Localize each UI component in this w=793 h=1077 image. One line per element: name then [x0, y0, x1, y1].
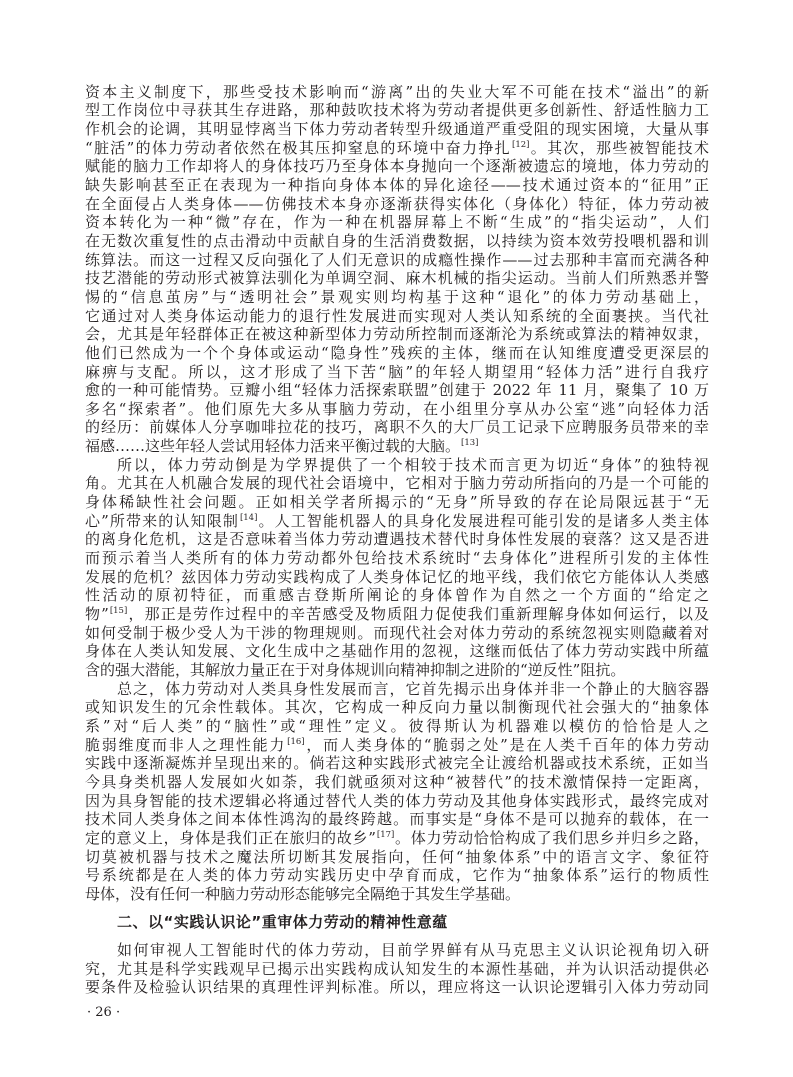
- text-run: 赋能的脑力工作却将人的身体技巧乃至身体本身抛向一个逐渐被遗忘的境地，体力劳动的: [85, 157, 709, 175]
- text-run: 它通过对人类身体运动能力的退行性发展进而实现对人类认知系统的全面裹挟。当代社: [85, 307, 709, 325]
- text-run: 在无数次重复性的点击滑动中贡献自身的生活消费数据，以持续为资本效劳投喂机器和训: [85, 232, 709, 250]
- paragraph: 所以，体力劳动倒是为学界提供了一个相较于技术而言更为切近“身体”的独特视角。尤其…: [85, 456, 709, 680]
- text-run: 身体在人类认知发展、文化生成中之基础作用的忽视，这继而低估了体力劳动实践中所蕴: [85, 642, 709, 660]
- text-line: 它通过对人类身体运动能力的退行性发展进而实现对人类认知系统的全面裹挟。当代社: [85, 307, 709, 326]
- text-line: 在全面侵占人类身体——仿佛技术本身亦逐渐获得实体化（身体化）特征，体力劳动被: [85, 195, 709, 214]
- text-run: 切莫被机器与技术之魔法所切断其发展指向，任何“抽象体系”中的语言文字、象征符: [85, 848, 709, 866]
- paragraph: 如何审视人工智能时代的体力劳动，目前学界鲜有从马克思主义认识论视角切入研究，尤其…: [85, 941, 709, 997]
- text-run: 而预示着当人类所有的体力劳动都外包给技术系统时“去身体化”进程所引发的主体性: [85, 549, 709, 567]
- text-line: 福感……这些年轻人尝试用轻体力活来平衡过载的大脑。[13]: [85, 437, 709, 456]
- text-line: 赋能的脑力工作却将人的身体技巧乃至身体本身抛向一个逐渐被遗忘的境地，体力劳动的: [85, 157, 709, 176]
- text-run: 缺失影响甚至正在表现为一种指向身体本体的异化途径——技术通过资本的“征用”正: [85, 176, 709, 194]
- text-run: 系”对“后人类”的“脑性”或“理性”定义。彼得斯认为机器难以模仿的恰恰是人之: [85, 717, 709, 735]
- text-run: 或知识发生的冗余性载体。其次，它构成一种反向力量以制衡现代社会强大的“抽象体: [85, 698, 709, 716]
- text-line: 因为具身智能的技术逻辑必将通过替代人类的体力劳动及其他身体实践形式，最终完成对: [85, 792, 709, 811]
- text-run: 身体稀缺性社会问题。正如相关学者所揭示的“无身”所导致的存在论局限远甚于“无: [85, 493, 709, 511]
- text-line: 资本转化为一种“微”存在，作为一种在机器屏幕上不断“生成”的“指尖运动”，人们: [85, 213, 709, 232]
- text-run: 的经历：前媒体人分享咖啡拉花的技巧，离职不久的大厂员工记录下应聘服务员带来的幸: [85, 418, 709, 436]
- text-line: 所以，体力劳动倒是为学界提供了一个相较于技术而言更为切近“身体”的独特视: [85, 456, 709, 475]
- text-run: 如何受制于极少受人为干涉的物理规则。而现代社会对体力劳动的系统忽视实则隐藏着对: [85, 624, 709, 642]
- text-line: 技术同人类身体之间本体性鸿沟的最终跨越。而事实是“身体不是可以抛弃的载体，在一: [85, 810, 709, 829]
- citation-ref: [16]: [286, 737, 304, 747]
- text-line: 多名“探索者”。他们原先大多从事脑力劳动，在小组里分享从办公室“逃”向轻体力活: [85, 400, 709, 419]
- text-run: 要条件及检验认识结果的真理性评判标准。所以，理应将这一认识论逻辑引入体力劳动同: [85, 978, 709, 996]
- text-line: 缺失影响甚至正在表现为一种指向身体本体的异化途径——技术通过资本的“征用”正: [85, 176, 709, 195]
- text-line: 型工作岗位中寻获其生存进路，那种鼓吹技术将为劳动者提供更多创新性、舒适性脑力工: [85, 101, 709, 120]
- text-line: 的经历：前媒体人分享咖啡拉花的技巧，离职不久的大厂员工记录下应聘服务员带来的幸: [85, 418, 709, 437]
- text-run: 。人工智能机器人的具身化发展进程可能引发的是诸多人类主体: [257, 512, 709, 530]
- text-line: 或知识发生的冗余性载体。其次，它构成一种反向力量以制衡现代社会强大的“抽象体: [85, 698, 709, 717]
- text-line: 在无数次重复性的点击滑动中贡献自身的生活消费数据，以持续为资本效劳投喂机器和训: [85, 232, 709, 251]
- text-run: 心”所带来的认知限制: [85, 512, 239, 530]
- text-line: 定的意义上，身体是我们正在旅归的故乡”[17]。体力劳动恰恰构成了我们思乡并归乡…: [85, 829, 709, 848]
- text-line: 要条件及检验认识结果的真理性评判标准。所以，理应将这一认识论逻辑引入体力劳动同: [85, 978, 709, 997]
- text-run: 练算法。而这一过程又反向强化了人们无意识的成瘾性操作——过去那种丰富而充满各种: [85, 251, 709, 269]
- text-run: 总之，体力劳动对人类具身性发展而言，它首先揭示出身体并非一个静止的大脑容器: [117, 680, 709, 698]
- citation-ref: [12]: [511, 140, 529, 150]
- text-run: “脏活”的体力劳动者依然在极其压抑窒息的环境中奋力挣扎: [85, 139, 511, 157]
- text-line: 惕的“信息茧房”与“透明社会”景观实则均构基于这种“退化”的体力劳动基础上，: [85, 288, 709, 307]
- text-line: 性活动的原初特征，而重感吉登斯所阐论的身体曾作为自然之一个方面的“给定之: [85, 586, 709, 605]
- text-line: 如何审视人工智能时代的体力劳动，目前学界鲜有从马克思主义认识论视角切入研: [85, 941, 709, 960]
- text-run: 。其次，那些被智能技术: [529, 139, 709, 157]
- text-run: 定的意义上，身体是我们正在旅归的故乡”: [85, 829, 376, 847]
- text-run: 脆弱维度而非人之理性能力: [85, 736, 286, 754]
- text-line: 麻痹与支配。所以，这才形成了当下苦“脑”的年轻人期望用“轻体力活”进行自我疗: [85, 363, 709, 382]
- text-run: 今具身类机器人发展如火如荼，我们就亟须对这种“被替代”的技术激情保持一定距离，: [85, 773, 709, 791]
- text-line: 资本主义制度下，那些受技术影响而“游离”出的失业大军不可能在技术“溢出”的新: [85, 83, 709, 102]
- text-line: 总之，体力劳动对人类具身性发展而言，它首先揭示出身体并非一个静止的大脑容器: [85, 680, 709, 699]
- text-line: 愈的一种可能情势。豆瓣小组“轻体力活探索联盟”创建于 2022 年 11 月，聚…: [85, 381, 709, 400]
- text-run: 所以，体力劳动倒是为学界提供了一个相较于技术而言更为切近“身体”的独特视: [117, 456, 709, 474]
- text-line: 心”所带来的认知限制[14]。人工智能机器人的具身化发展进程可能引发的是诸多人类…: [85, 512, 709, 531]
- text-run: 麻痹与支配。所以，这才形成了当下苦“脑”的年轻人期望用“轻体力活”进行自我疗: [85, 363, 709, 381]
- text-line: 究，尤其是科学实践观早已揭示出实践构成认知发生的本源性基础，并为认识活动提供必: [85, 960, 709, 979]
- text-line: 技艺潜能的劳动形式被算法驯化为单调空洞、麻木机械的指尖运动。当前人们所熟悉并警: [85, 269, 709, 288]
- text-run: 技术同人类身体之间本体性鸿沟的最终跨越。而事实是“身体不是可以抛弃的载体，在一: [85, 810, 709, 828]
- text-run: 惕的“信息茧房”与“透明社会”景观实则均构基于这种“退化”的体力劳动基础上，: [85, 288, 709, 306]
- text-run: 角。尤其在人机融合发展的现代社会语境中，它相对于脑力劳动所指向的乃是一个可能的: [85, 474, 709, 492]
- text-line: 母体，没有任何一种脑力劳动形态能够完全隔绝于其发生学基础。: [85, 885, 709, 904]
- text-line: 作机会的论调，其明显悖离当下体力劳动者转型升级通道严重受阻的现实困境，大量从事: [85, 120, 709, 139]
- document-page: 资本主义制度下，那些受技术影响而“游离”出的失业大军不可能在技术“溢出”的新型工…: [0, 0, 793, 1077]
- text-run: 多名“探索者”。他们原先大多从事脑力劳动，在小组里分享从办公室“逃”向轻体力活: [85, 400, 709, 418]
- text-run: 发展的危机？兹因体力劳动实践构成了人类身体记忆的地平线，我们依它方能体认人类感: [85, 568, 709, 586]
- citation-ref: [13]: [460, 438, 478, 448]
- text-run: ，那正是劳作过程中的辛苦感受及物质阻力促使我们重新理解身体如何运行，以及: [127, 605, 709, 623]
- text-line: 系”对“后人类”的“脑性”或“理性”定义。彼得斯认为机器难以模仿的恰恰是人之: [85, 717, 709, 736]
- text-line: 他们已然成为一个个身体或运动“隐身性”残疾的主体，继而在认知维度遭受更深层的: [85, 344, 709, 363]
- text-run: 含的强大潜能，其解放力量正在于对身体规训向精神抑制之进阶的“逆反性”阻抗。: [85, 661, 625, 679]
- text-line: 的离身化危机，这是否意味着当体力劳动遭遇技术替代时身体性发展的衰落？这又是否进: [85, 530, 709, 549]
- text-run: 母体，没有任何一种脑力劳动形态能够完全隔绝于其发生学基础。: [85, 885, 520, 903]
- text-line: 切莫被机器与技术之魔法所切断其发展指向，任何“抽象体系”中的语言文字、象征符: [85, 848, 709, 867]
- citation-ref: [15]: [109, 606, 127, 616]
- text-line: 角。尤其在人机融合发展的现代社会语境中，它相对于脑力劳动所指向的乃是一个可能的: [85, 474, 709, 493]
- text-line: 会，尤其是年轻群体正在被这种新型体力劳动所控制而逐渐沦为系统或算法的精神奴隶，: [85, 325, 709, 344]
- text-run: 因为具身智能的技术逻辑必将通过替代人类的体力劳动及其他身体实践形式，最终完成对: [85, 792, 709, 810]
- text-run: 号系统都是在人类的体力劳动实践历史中孕育而成，它作为“抽象体系”运行的物质性: [85, 866, 709, 884]
- text-run: 资本主义制度下，那些受技术影响而“游离”出的失业大军不可能在技术“溢出”的新: [85, 83, 709, 101]
- text-run: 他们已然成为一个个身体或运动“隐身性”残疾的主体，继而在认知维度遭受更深层的: [85, 344, 709, 362]
- text-run: 资本转化为一种“微”存在，作为一种在机器屏幕上不断“生成”的“指尖运动”，人们: [85, 213, 709, 231]
- text-line: 身体在人类认知发展、文化生成中之基础作用的忽视，这继而低估了体力劳动实践中所蕴: [85, 642, 709, 661]
- text-line: 号系统都是在人类的体力劳动实践历史中孕育而成，它作为“抽象体系”运行的物质性: [85, 866, 709, 885]
- text-line: 如何受制于极少受人为干涉的物理规则。而现代社会对体力劳动的系统忽视实则隐藏着对: [85, 624, 709, 643]
- article-body: 资本主义制度下，那些受技术影响而“游离”出的失业大军不可能在技术“溢出”的新型工…: [85, 83, 709, 997]
- text-line: 身体稀缺性社会问题。正如相关学者所揭示的“无身”所导致的存在论局限远甚于“无: [85, 493, 709, 512]
- text-line: 物”[15]，那正是劳作过程中的辛苦感受及物质阻力促使我们重新理解身体如何运行，…: [85, 605, 709, 624]
- paragraph: 总之，体力劳动对人类具身性发展而言，它首先揭示出身体并非一个静止的大脑容器或知识…: [85, 680, 709, 904]
- text-run: 技艺潜能的劳动形式被算法驯化为单调空洞、麻木机械的指尖运动。当前人们所熟悉并警: [85, 269, 709, 287]
- citation-ref: [17]: [376, 830, 394, 840]
- text-line: 实践中逐渐凝炼并呈现出来的。倘若这种实践形式被完全让渡给机器或技术系统，正如当: [85, 754, 709, 773]
- text-run: ，而人类身体的“脆弱之处”是在人类千百年的体力劳动: [305, 736, 709, 754]
- text-line: 脆弱维度而非人之理性能力[16]，而人类身体的“脆弱之处”是在人类千百年的体力劳…: [85, 736, 709, 755]
- text-run: 的离身化危机，这是否意味着当体力劳动遭遇技术替代时身体性发展的衰落？这又是否进: [85, 530, 709, 548]
- text-run: 物”: [85, 605, 109, 623]
- text-line: 含的强大潜能，其解放力量正在于对身体规训向精神抑制之进阶的“逆反性”阻抗。: [85, 661, 709, 680]
- text-run: 究，尤其是科学实践观早已揭示出实践构成认知发生的本源性基础，并为认识活动提供必: [85, 960, 709, 978]
- text-run: 性活动的原初特征，而重感吉登斯所阐论的身体曾作为自然之一个方面的“给定之: [85, 586, 709, 604]
- text-run: 在全面侵占人类身体——仿佛技术本身亦逐渐获得实体化（身体化）特征，体力劳动被: [85, 195, 709, 213]
- text-line: 发展的危机？兹因体力劳动实践构成了人类身体记忆的地平线，我们依它方能体认人类感: [85, 568, 709, 587]
- text-run: 。体力劳动恰恰构成了我们思乡并归乡之路，: [394, 829, 709, 847]
- text-line: “脏活”的体力劳动者依然在极其压抑窒息的环境中奋力挣扎[12]。其次，那些被智能…: [85, 139, 709, 158]
- page-number: · 26 ·: [87, 1005, 120, 1021]
- text-run: 会，尤其是年轻群体正在被这种新型体力劳动所控制而逐渐沦为系统或算法的精神奴隶，: [85, 325, 709, 343]
- text-run: 作机会的论调，其明显悖离当下体力劳动者转型升级通道严重受阻的现实困境，大量从事: [85, 120, 709, 138]
- text-run: 如何审视人工智能时代的体力劳动，目前学界鲜有从马克思主义认识论视角切入研: [117, 941, 709, 959]
- text-line: 练算法。而这一过程又反向强化了人们无意识的成瘾性操作——过去那种丰富而充满各种: [85, 251, 709, 270]
- paragraph: 资本主义制度下，那些受技术影响而“游离”出的失业大军不可能在技术“溢出”的新型工…: [85, 83, 709, 456]
- section-heading: 二、以“实践认识论”重审体力劳动的精神性意蕴: [85, 904, 709, 941]
- text-run: 福感……这些年轻人尝试用轻体力活来平衡过载的大脑。: [85, 437, 460, 455]
- text-line: 今具身类机器人发展如火如荼，我们就亟须对这种“被替代”的技术激情保持一定距离，: [85, 773, 709, 792]
- citation-ref: [14]: [239, 513, 257, 523]
- text-run: 愈的一种可能情势。豆瓣小组“轻体力活探索联盟”创建于 2022 年 11 月，聚…: [85, 381, 709, 399]
- text-run: 型工作岗位中寻获其生存进路，那种鼓吹技术将为劳动者提供更多创新性、舒适性脑力工: [85, 101, 709, 119]
- text-run: 实践中逐渐凝炼并呈现出来的。倘若这种实践形式被完全让渡给机器或技术系统，正如当: [85, 754, 709, 772]
- text-line: 而预示着当人类所有的体力劳动都外包给技术系统时“去身体化”进程所引发的主体性: [85, 549, 709, 568]
